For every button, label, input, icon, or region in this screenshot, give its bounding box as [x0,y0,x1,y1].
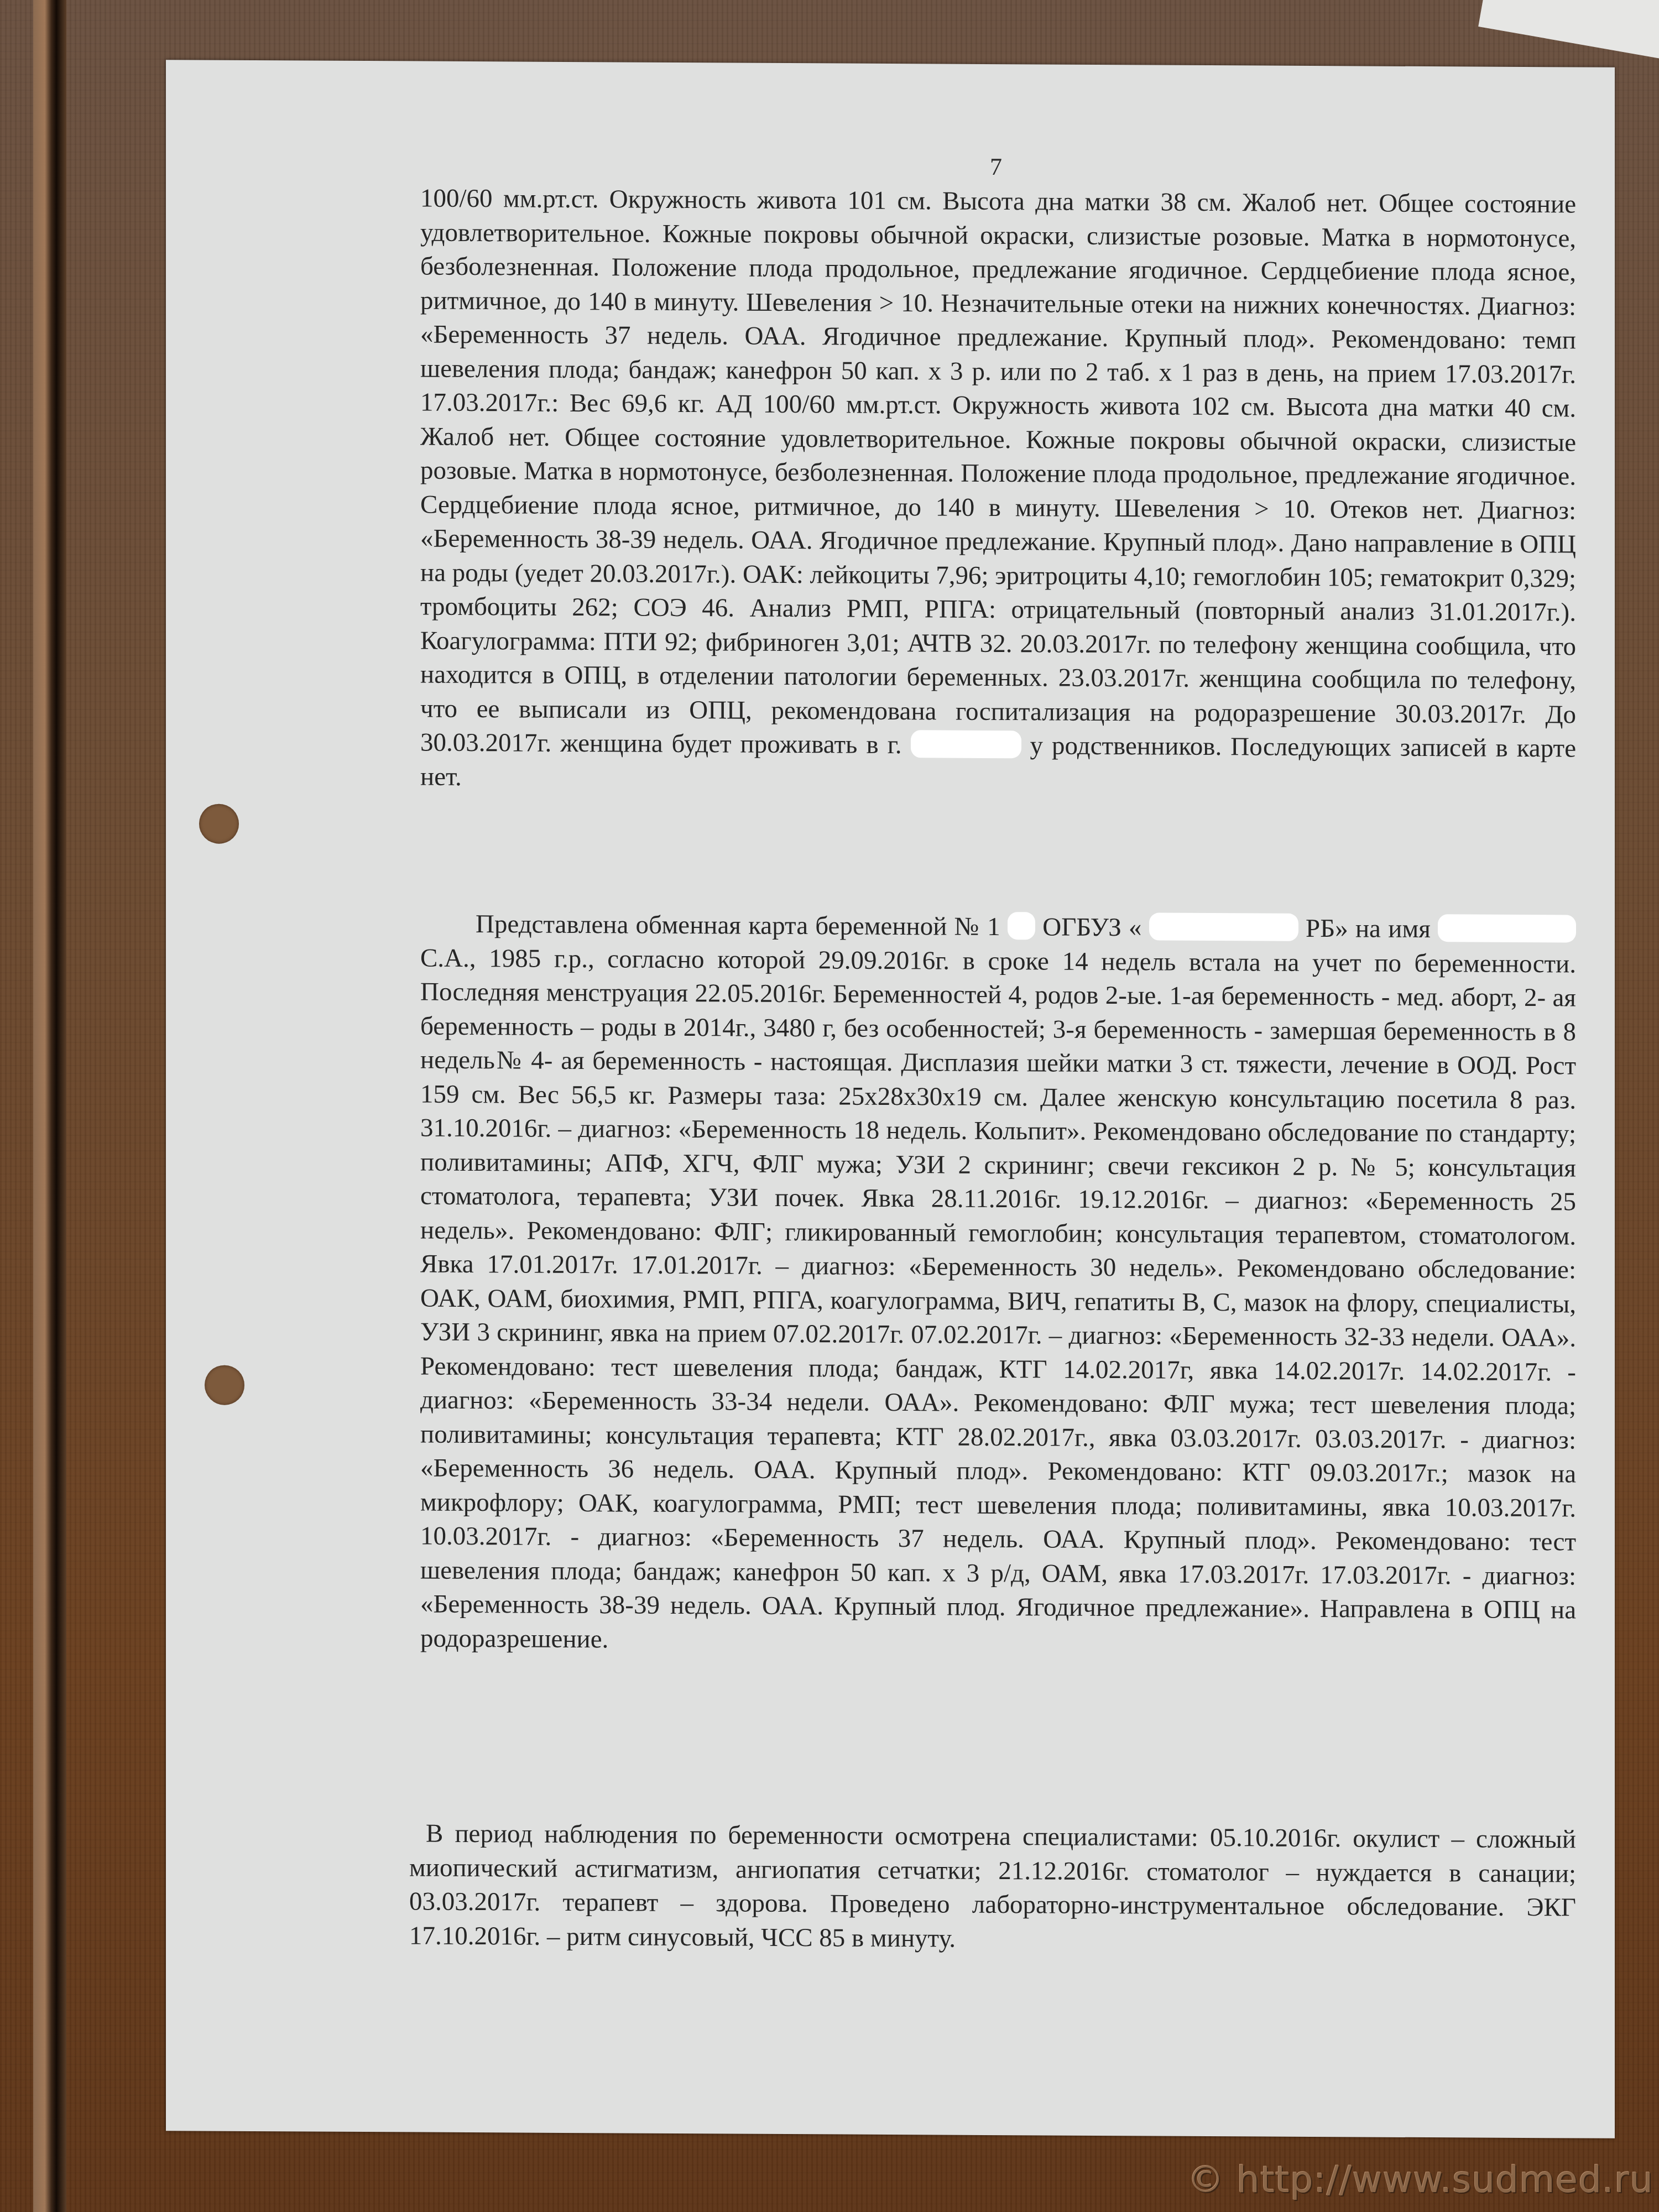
punch-hole-icon [199,804,239,843]
redacted-patient-surname [1438,914,1576,942]
paragraph-text: РБ» на имя [1306,914,1431,943]
paragraph-text: 100/60 мм.рт.ст. Окружность живота 101 с… [420,184,1576,760]
watermark: © http://www.sudmed.ru [1187,2158,1653,2201]
paragraph-text: С.А., 1985 г.р., согласно которой 29.09.… [420,943,1576,1653]
desk-edge [33,0,66,2212]
redacted-hospital-name [1149,912,1298,941]
document-page: 7 100/60 мм.рт.ст. Окружность живота 101… [166,60,1615,2138]
paragraph-prenatal-visits: 100/60 мм.рт.ст. Окружность живота 101 с… [420,182,1576,800]
redacted-card-number [1008,912,1035,940]
paragraph-text: ОГБУЗ « [1042,912,1141,942]
paragraph-text: В период наблюдения по беременности осмо… [409,1819,1576,1953]
paragraph-text: Представлена обменная карта беременной №… [476,910,1000,941]
paragraph-exchange-card: Представлена обменная карта беременной №… [420,907,1576,1662]
paragraph-specialists: В период наблюдения по беременности осмо… [409,1817,1576,1959]
page-number: 7 [990,153,1002,181]
redacted-city [911,730,1021,758]
punch-hole-icon [205,1365,244,1405]
